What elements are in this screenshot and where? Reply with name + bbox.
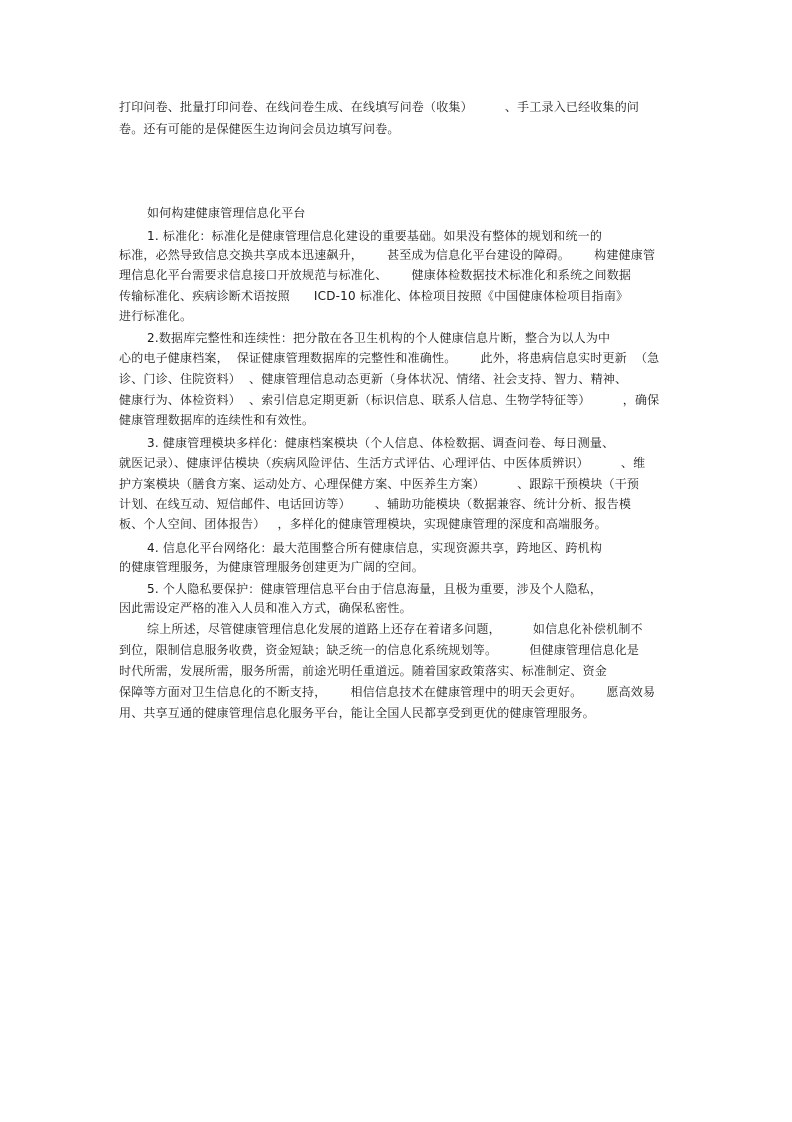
item-2-line-1: 2.数据库完整性和连续性：把分散在各卫生机构的个人健康信息片断，整合为以人为中 [147, 331, 610, 345]
item-3-line-3: 护方案模块（膳食方案、运动处方、心理保健方案、中医养生方案） 、跟踪干预模块（干… [119, 477, 639, 491]
document-page: 打印问卷、批量打印问卷、在线问卷生成、在线填写问卷（收集） 、手工录入已经收集的… [0, 0, 792, 1122]
item-1-line-3: 理信息化平台需要求信息接口开放规范与标准化、 健康体检数据技术标准化和系统之间数… [119, 268, 631, 282]
item-2-line-3: 诊、门诊、住院资料） 、健康管理信息动态更新（身体状况、情绪、社会支持、智力、精… [119, 372, 627, 386]
item-2-line-4: 健康行为、体检资料） 、索引信息定期更新（标识信息、联系人信息、生物学特征等） … [119, 393, 659, 407]
conclusion-line-5: 用、共享互通的健康管理信息化服务平台，能让全国人民都享受到更优的健康管理服务。 [119, 706, 595, 720]
item-1-line-5: 进行标准化。 [119, 309, 192, 323]
item-4-line-2: 的健康管理服务，为健康管理服务创建更为广阔的空间。 [119, 560, 424, 574]
conclusion-line-1: 综上所述，尽管健康管理信息化发展的道路上还存在着诸多问题， 如信息化补偿机制不 [147, 622, 643, 636]
item-3-line-5: 板、个人空间、团体报告） ，多样化的健康管理模块，实现健康管理的深度和高端服务。 [119, 517, 607, 531]
item-1-line-4: 传输标准化、疾病诊断术语按照 ICD-10 标准化、体检项目按照《中国健康体检项… [119, 289, 628, 303]
section-title: 如何构建健康管理信息化平台 [147, 206, 306, 220]
item-1-line-1: 1. 标准化：标准化是健康管理信息化建设的重要基础。如果没有整体的规划和统一的 [147, 229, 602, 243]
conclusion-line-2: 到位，限制信息服务收费，资金短缺；缺乏统一的信息化系统规划等。 但健康管理信息化… [119, 643, 639, 657]
item-2-line-5: 健康管理数据库的连续性和有效性。 [119, 413, 314, 427]
item-3-line-1: 3. 健康管理模块多样化：健康档案模块（个人信息、体检数据、调查问卷、每日测量、 [147, 436, 614, 450]
item-2-line-2: 心的电子健康档案， 保证健康管理数据库的完整性和准确性。 此外，将患病信息实时更… [119, 351, 659, 365]
item-3-line-2: 就医记录）、健康评估模块（疾病风险评估、生活方式评估、心理评估、中医体质辨识） … [119, 456, 645, 470]
conclusion-line-4: 保障等方面对卫生信息化的不断支持， 相信信息技术在健康管理中的明天会更好。 愿高… [119, 685, 655, 699]
intro-line-1: 打印问卷、批量打印问卷、在线问卷生成、在线填写问卷（收集） 、手工录入已经收集的… [119, 100, 639, 114]
item-4-line-1: 4. 信息化平台网络化：最大范围整合所有健康信息，实现资源共享，跨地区、跨机构 [147, 541, 602, 555]
item-1-line-2: 标准，必然导致信息交换共享成本迅速飙升， 甚至成为信息化平台建设的障碍。 构建健… [119, 248, 655, 262]
item-5-line-1: 5. 个人隐私要保护：健康管理信息平台由于信息海量，且极为重要，涉及个人隐私， [147, 582, 602, 596]
item-3-line-4: 计划、在线互动、短信邮件、电话回访等） 、辅助功能模块（数据兼容、统计分析、报告… [119, 497, 631, 511]
conclusion-line-3: 时代所需，发展所需，服务所需，前途光明任重道远。随着国家政策落实、标准制定、资金 [119, 664, 607, 678]
item-5-line-2: 因此需设定严格的准入人员和准入方式，确保私密性。 [119, 601, 412, 615]
intro-line-2: 卷。还有可能的是保健医生边询问会员边填写问卷。 [119, 122, 400, 136]
